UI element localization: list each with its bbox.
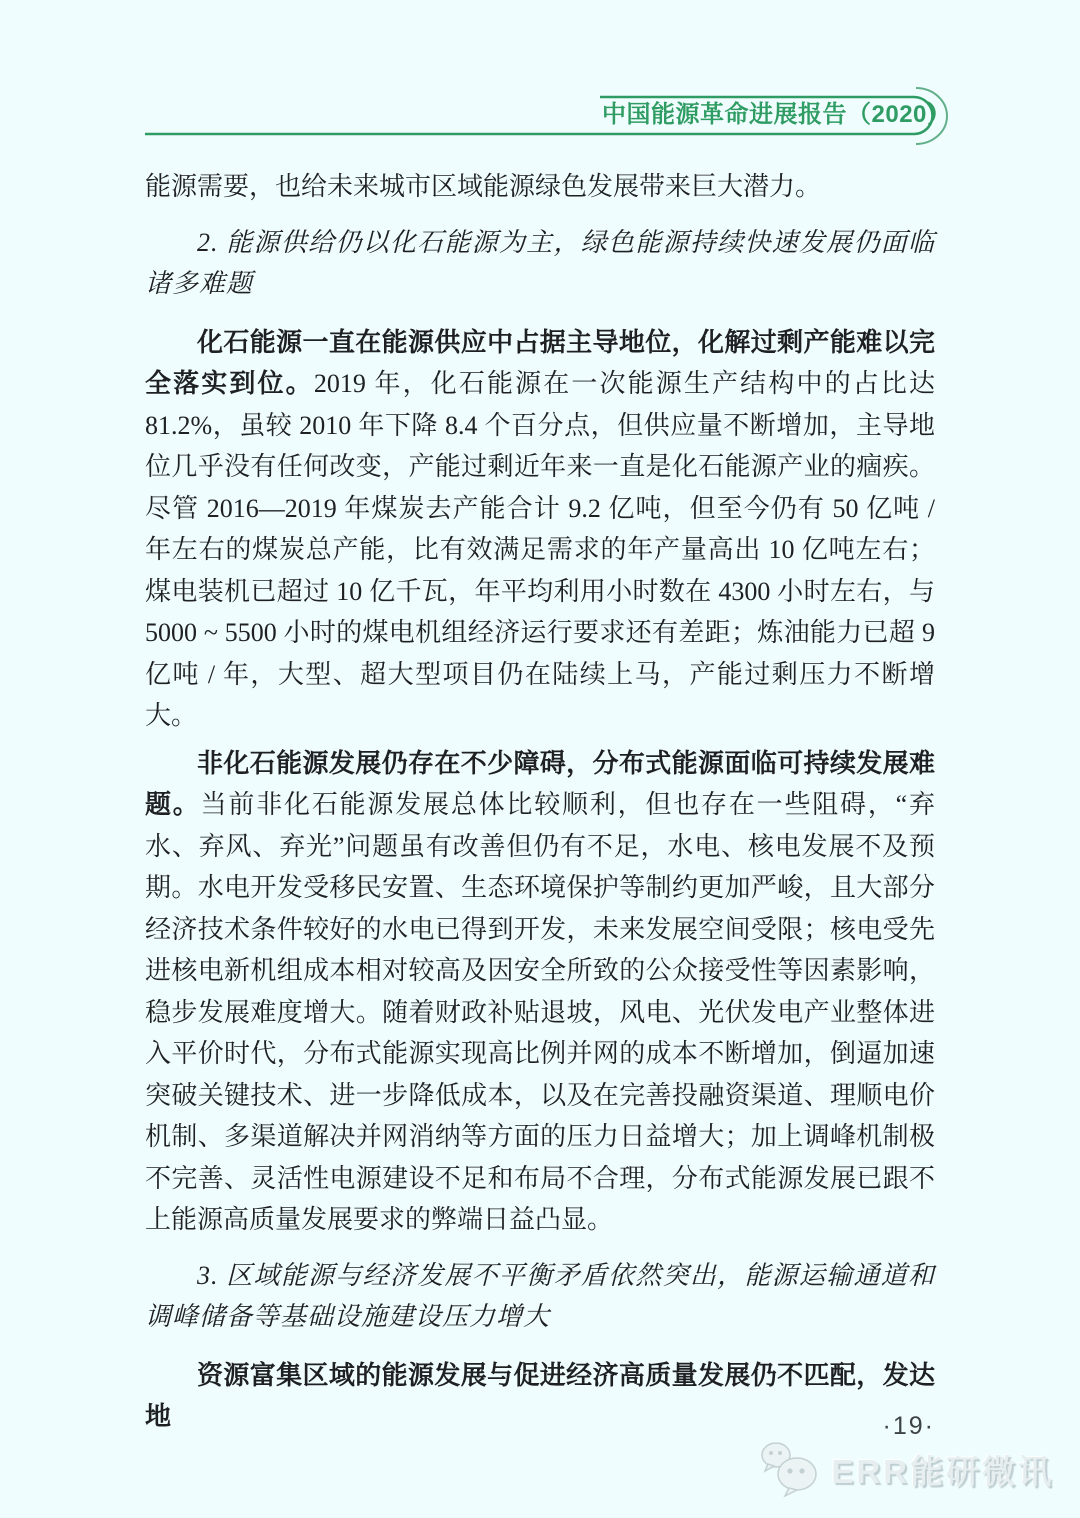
section-heading-2: 2. 能源供给仍以化石能源为主，绿色能源持续快速发展仍面临诸多难题 [145, 222, 935, 305]
paragraph-fossil-energy-body: 2019 年，化石能源在一次能源生产结构中的占比达 81.2%，虽较 2010 … [145, 369, 935, 730]
paragraph-nonfossil-energy-body: 当前非化石能源发展总体比较顺利，但也存在一些阻碍，“弃水、弃风、弃光”问题虽有改… [145, 790, 935, 1234]
wechat-logo-icon [759, 1440, 821, 1498]
paragraph-nonfossil-energy: 非化石能源发展仍存在不少障碍，分布式能源面临可持续发展难题。当前非化石能源发展总… [145, 743, 935, 1241]
paragraph-fossil-energy: 化石能源一直在能源供应中占据主导地位，化解过剩产能难以完全落实到位。2019 年… [145, 322, 935, 737]
header-rule-decoration [0, 0, 1080, 160]
page-number: ·19· [0, 1412, 935, 1441]
section-heading-3: 3. 区域能源与经济发展不平衡矛盾依然突出，能源运输通道和调峰储备等基础设施建设… [145, 1255, 935, 1338]
report-title: 中国能源革命进展报告（2020） [602, 95, 932, 134]
paragraph-intro: 能源需要，也给未来城市区域能源绿色发展带来巨大潜力。 [145, 166, 935, 208]
watermark-text: ERR能研微讯 [831, 1446, 1054, 1493]
report-page: 中国能源革命进展报告（2020） 能源需要，也给未来城市区域能源绿色发展带来巨大… [0, 0, 1080, 1518]
page-content: 能源需要，也给未来城市区域能源绿色发展带来巨大潜力。 2. 能源供给仍以化石能源… [145, 166, 935, 1438]
watermark: ERR能研微讯 [759, 1440, 1054, 1498]
